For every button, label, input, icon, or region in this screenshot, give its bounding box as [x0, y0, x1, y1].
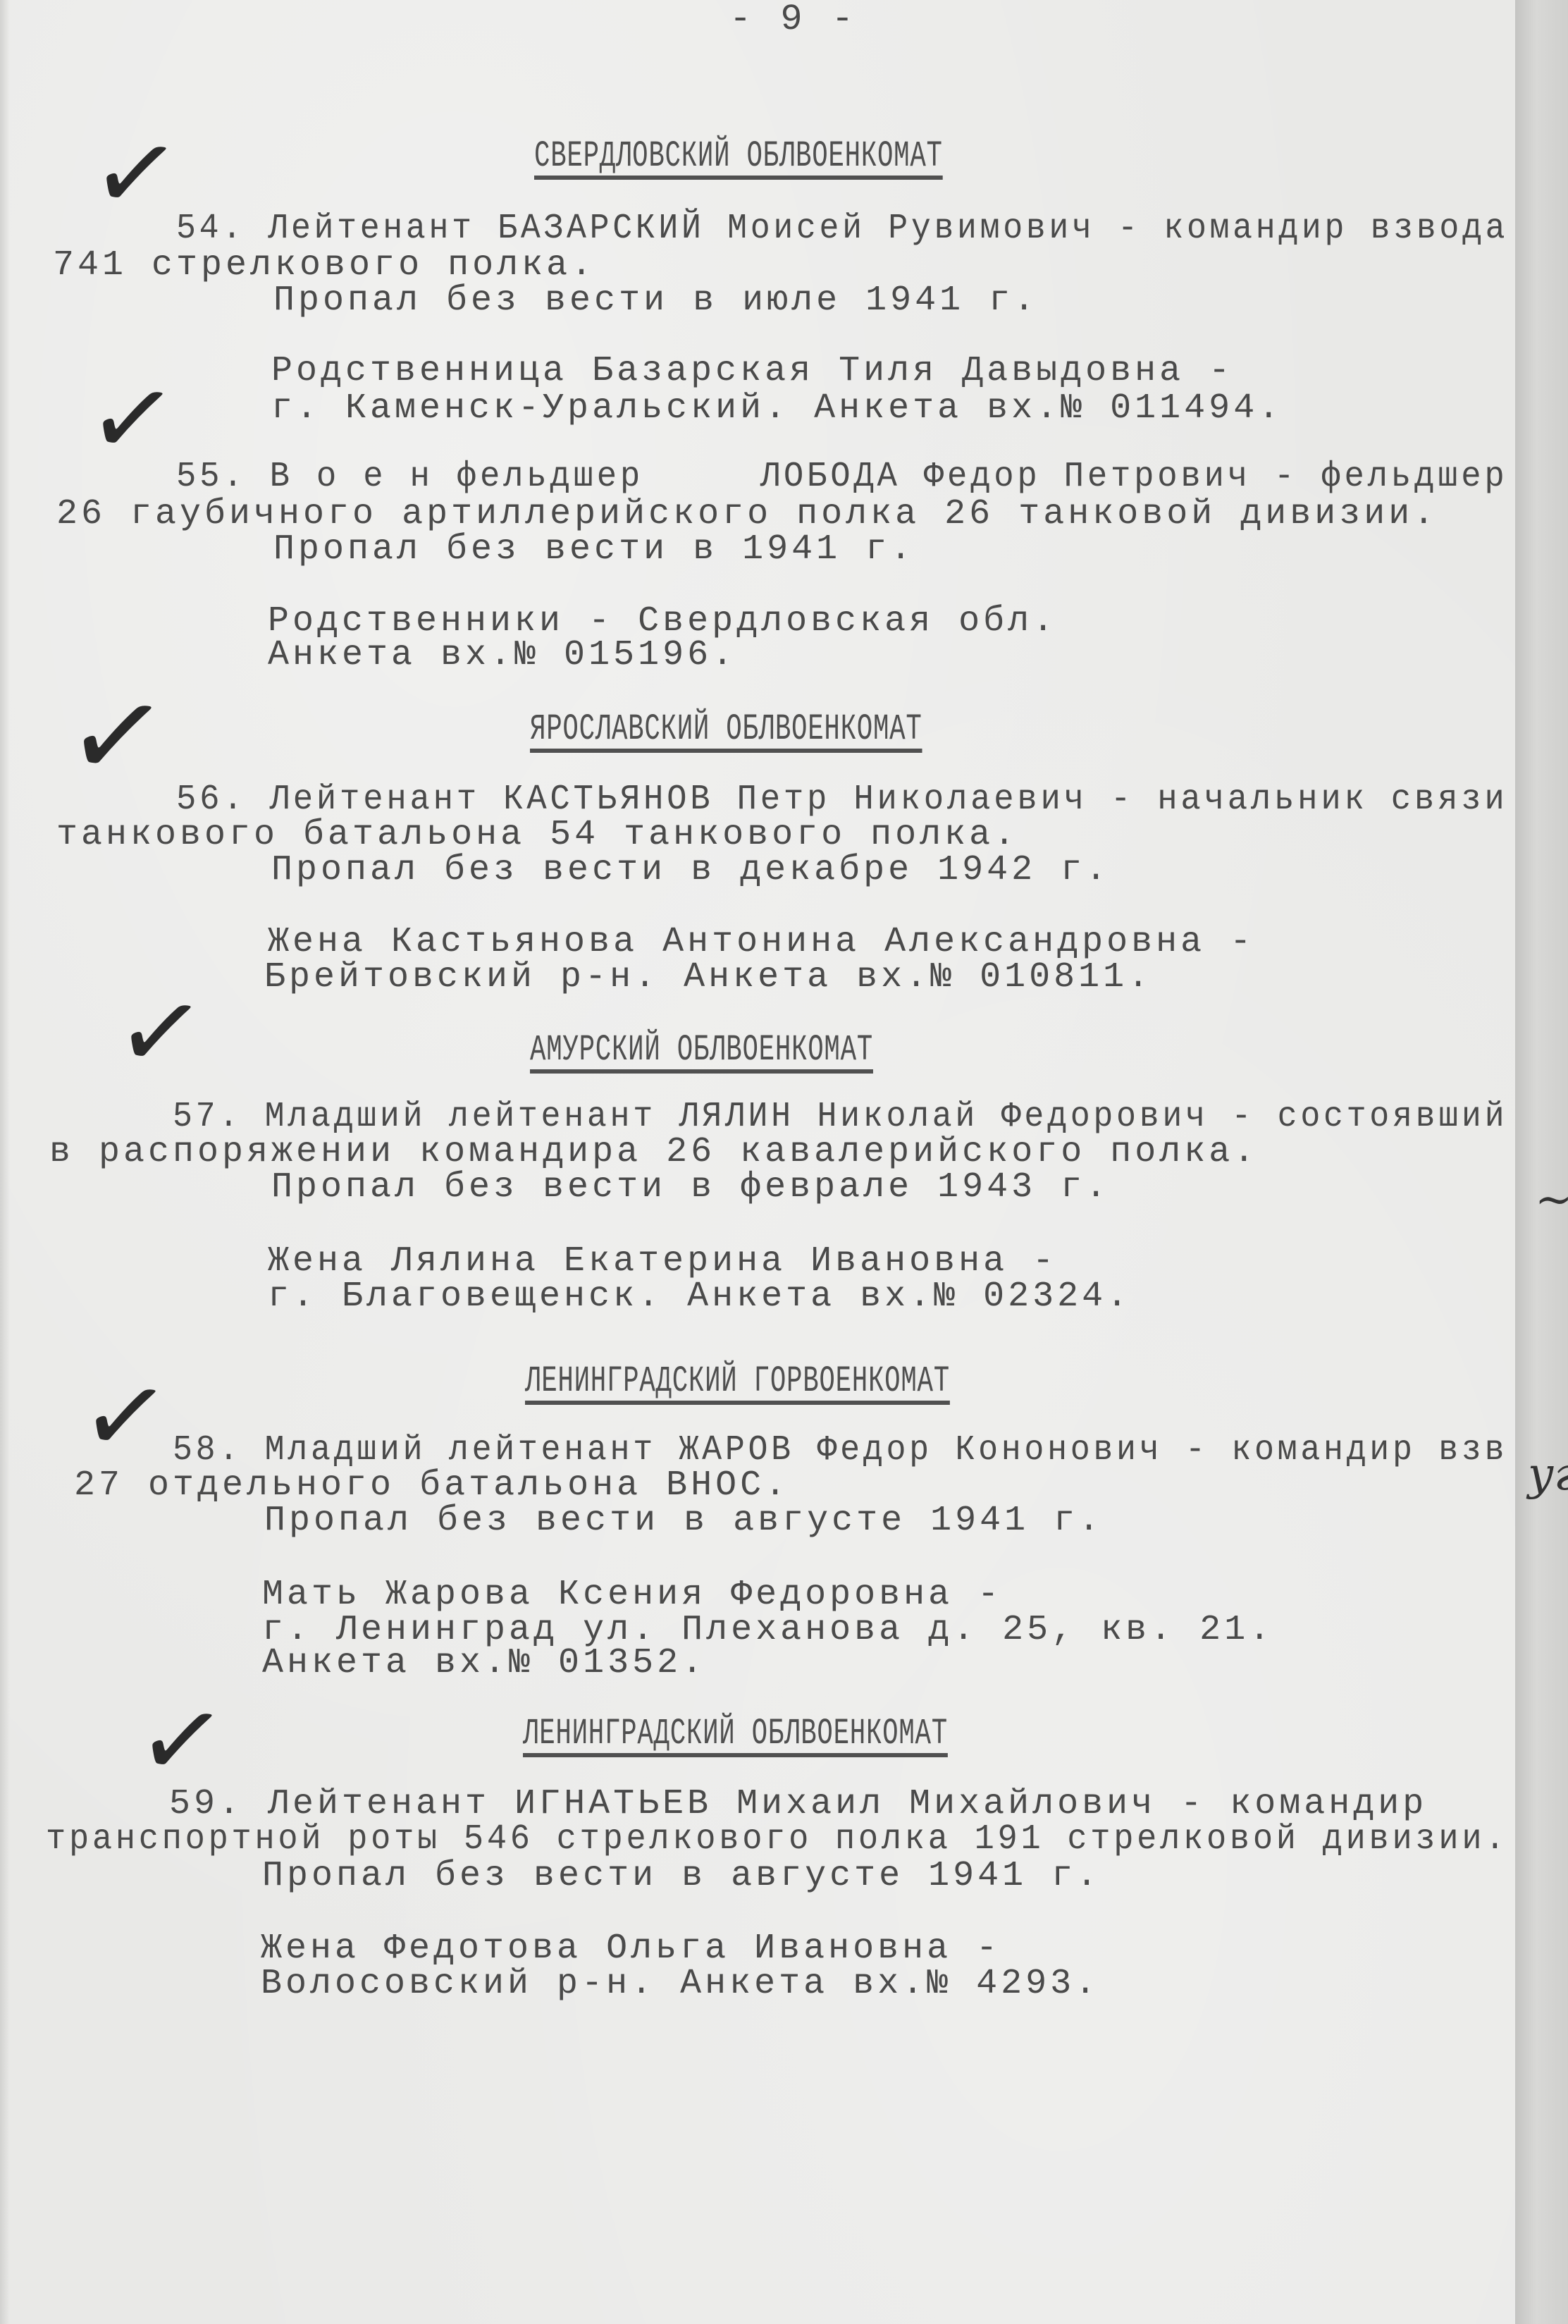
relative-line: Волосовский р-н. Анкета вх.№ 4293. — [261, 1967, 1099, 2002]
entry-line: в распоряжении командира 26 кавалерийско… — [49, 1135, 1258, 1170]
relative-line: Родственники - Свердловская обл. — [268, 604, 1057, 639]
entry-line: Пропал без вести в декабре 1942 г. — [271, 853, 1110, 888]
section-heading: ЛЕНИНГРАДСКИЙ ГОРВОЕНКОМАТ — [525, 1360, 950, 1402]
entry-line: 55. В о е н фельдшер ЛОБОДА Федор Петров… — [176, 460, 1508, 495]
entry-line: танкового батальона 54 танкового полка. — [56, 818, 1018, 853]
section-heading: ЯРОСЛАВСКИЙ ОБЛВОЕНКОМАТ — [530, 708, 922, 750]
entry-line: 27 отдельного батальона ВНОС. — [74, 1468, 789, 1504]
entry-line: 741 стрелкового полка. — [53, 248, 595, 283]
entry-line: 26 гаубичного артиллерийского полка 26 т… — [56, 497, 1438, 532]
relative-line: Мать Жарова Ксения Федоровна - — [262, 1578, 1002, 1613]
page-binding-edge — [1515, 0, 1568, 2324]
section-heading: СВЕРДЛОВСКИЙ ОБЛВОЕНКОМАТ — [534, 135, 943, 177]
entry-line: Пропал без вести в феврале 1943 г. — [271, 1170, 1110, 1205]
margin-note: ~ — [1535, 1177, 1568, 1222]
entry-line: 59. Лейтенант ИГНАТЬЕВ Михаил Михайлович… — [169, 1787, 1427, 1822]
entry-line: транспортной роты 546 стрелкового полка … — [46, 1822, 1508, 1857]
entry-line: 54. Лейтенант БАЗАРСКИЙ Моисей Рувимович… — [176, 211, 1508, 247]
relative-line: Жена Федотова Ольга Ивановна - — [261, 1931, 1001, 1967]
checkmark-icon: ✓ — [130, 1683, 233, 1800]
entry-line: Пропал без вести в августе 1941 г. — [262, 1859, 1101, 1894]
relative-line: Анкета вх.№ 015196. — [268, 638, 736, 673]
entry-line: Пропал без вести в августе 1941 г. — [264, 1504, 1103, 1539]
checkmark-icon: ✓ — [59, 670, 175, 803]
entry-line: Пропал без вести в июле 1941 г. — [273, 283, 1038, 319]
entry-line: 58. Младший лейтенант ЖАРОВ Федор Кононо… — [173, 1433, 1507, 1468]
relative-line: г. Каменск-Уральский. Анкета вх.№ 011494… — [271, 391, 1283, 426]
margin-note: уг — [1528, 1452, 1568, 1497]
relative-line: г. Благовещенск. Анкета вх.№ 02324. — [268, 1279, 1131, 1315]
page-left-shadow — [0, 0, 10, 2324]
checkmark-icon: ✓ — [85, 116, 187, 233]
entry-line: Пропал без вести в 1941 г. — [273, 532, 915, 567]
entry-line: 56. Лейтенант КАСТЬЯНОВ Петр Николаевич … — [176, 782, 1508, 818]
checkmark-icon: ✓ — [81, 361, 183, 478]
relative-line: Брейтовский р-н. Анкета вх.№ 010811. — [264, 960, 1152, 995]
page-number: - 9 - — [729, 1, 857, 38]
relative-line: Родственница Базарская Тиля Давыдовна - — [271, 354, 1233, 389]
relative-line: Жена Кастьянова Антонина Александровна - — [268, 925, 1254, 960]
entry-line: 57. Младший лейтенант ЛЯЛИН Николай Федо… — [173, 1100, 1507, 1135]
section-heading: ЛЕНИНГРАДСКИЙ ОБЛВОЕНКОМАТ — [523, 1713, 948, 1754]
checkmark-icon: ✓ — [109, 974, 211, 1091]
relative-line: Жена Лялина Екатерина Ивановна - — [268, 1244, 1057, 1279]
checkmark-icon: ✓ — [74, 1358, 176, 1475]
relative-line: Анкета вх.№ 01352. — [262, 1646, 706, 1681]
section-heading: АМУРСКИЙ ОБЛВОЕНКОМАТ — [530, 1029, 873, 1071]
